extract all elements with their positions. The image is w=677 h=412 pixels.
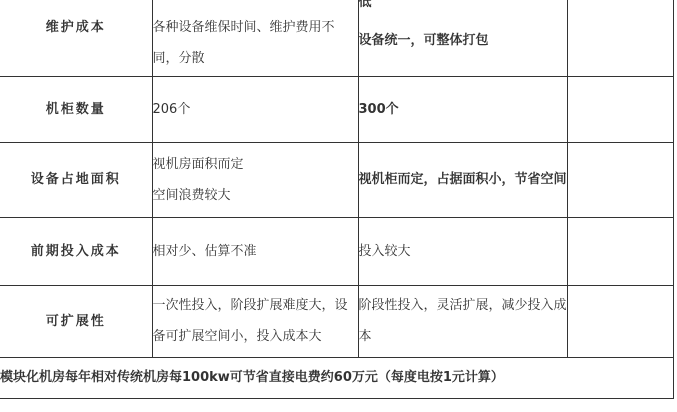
traditional-cell: 一次性投入，阶段扩展难度大，设备可扩展空间小，投入成本大 — [152, 285, 358, 357]
modular-cell: 视机柜而定，占据面积小，节省空间 — [358, 142, 567, 217]
cell-text: 投入较大 — [359, 236, 567, 267]
cell-text: 视机房面积而定 — [153, 149, 358, 180]
cell-text: 300个 — [359, 94, 567, 125]
cell-text: 视机柜而定，占据面积小，节省空间 — [359, 164, 567, 195]
comparison-table: 维护成本 各种设备维保时间、维护费用不同，分散 低 设备统一，可整体打包 — [0, 0, 674, 399]
row-label: 维护成本 — [0, 0, 152, 43]
empty-cell — [567, 76, 673, 142]
footer-note: 模块化机房每年相对传统机房每100kw可节省直接电费约60万元（每度电按1元计算… — [0, 357, 673, 398]
cell-text: 206个 — [153, 94, 358, 125]
cell-text: 各种设备维保时间、维护费用不同，分散 — [153, 0, 358, 74]
cell-text: 空间浪费较大 — [153, 180, 358, 211]
traditional-cell: 206个 — [152, 76, 358, 142]
empty-cell — [567, 142, 673, 217]
table-row: 前期投入成本 相对少、估算不准 投入较大 — [0, 217, 673, 285]
empty-cell — [567, 285, 673, 357]
cell-text: 相对少、估算不准 — [153, 236, 358, 267]
row-label-cell: 维护成本 — [0, 0, 152, 76]
modular-cell: 低 设备统一，可整体打包 — [358, 0, 567, 76]
empty-cell — [567, 217, 673, 285]
row-label-cell: 设备占地面积 — [0, 142, 152, 217]
table-row: 可扩展性 一次性投入，阶段扩展难度大，设备可扩展空间小，投入成本大 阶段性投入，… — [0, 285, 673, 357]
table-footer-row: 模块化机房每年相对传统机房每100kw可节省直接电费约60万元（每度电按1元计算… — [0, 357, 673, 398]
row-label: 前期投入成本 — [0, 236, 152, 267]
row-label: 设备占地面积 — [0, 164, 152, 195]
traditional-cell: 各种设备维保时间、维护费用不同，分散 — [152, 0, 358, 76]
table-row: 设备占地面积 视机房面积而定 空间浪费较大 视机柜而定，占据面积小，节省空间 — [0, 142, 673, 217]
table-row: 机柜数量 206个 300个 — [0, 76, 673, 142]
cell-text: 一次性投入，阶段扩展难度大，设备可扩展空间小，投入成本大 — [153, 290, 358, 352]
empty-cell — [567, 0, 673, 76]
modular-cell: 阶段性投入，灵活扩展，减少投入成本 — [358, 285, 567, 357]
row-label: 可扩展性 — [0, 306, 152, 337]
cell-text: 阶段性投入，灵活扩展，减少投入成本 — [359, 290, 567, 352]
document-page: 维护成本 各种设备维保时间、维护费用不同，分散 低 设备统一，可整体打包 — [0, 0, 677, 412]
row-label-cell: 前期投入成本 — [0, 217, 152, 285]
cell-text: 低 — [359, 0, 567, 22]
table-row: 维护成本 各种设备维保时间、维护费用不同，分散 低 设备统一，可整体打包 — [0, 0, 673, 76]
row-label-cell: 可扩展性 — [0, 285, 152, 357]
cell-text: 设备统一，可整体打包 — [359, 22, 567, 60]
traditional-cell: 视机房面积而定 空间浪费较大 — [152, 142, 358, 217]
row-label-cell: 机柜数量 — [0, 76, 152, 142]
row-label: 机柜数量 — [0, 94, 152, 125]
traditional-cell: 相对少、估算不准 — [152, 217, 358, 285]
modular-cell: 投入较大 — [358, 217, 567, 285]
modular-cell: 300个 — [358, 76, 567, 142]
